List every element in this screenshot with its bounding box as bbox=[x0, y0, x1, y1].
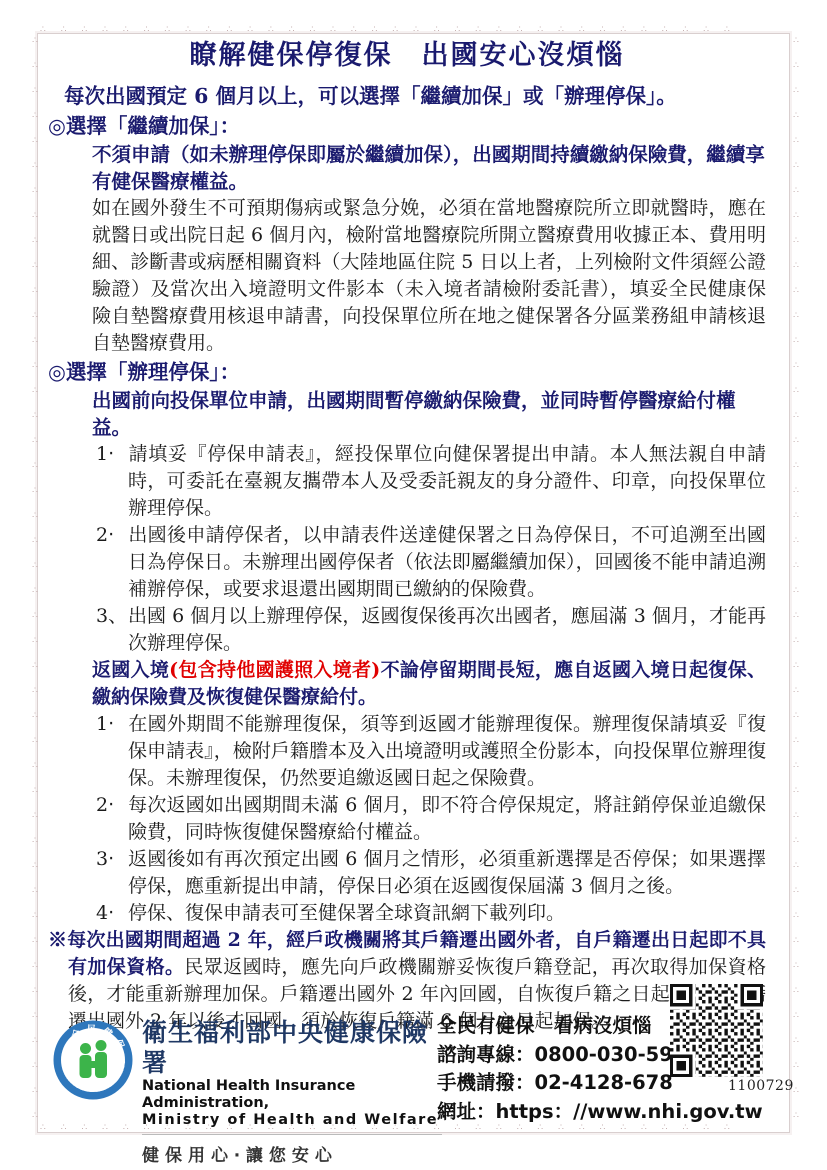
agency-name-en-1: National Health Insurance Administration… bbox=[142, 1078, 442, 1112]
mobile-number: 02-4128-678 bbox=[535, 1071, 673, 1094]
item-text: 在國外期間不能辦理復保，須等到返國才能辦理復保。辦理復保請填妥『復保申請表』，檢… bbox=[128, 713, 766, 789]
item-text: 返國後如有再次預定出國 6 個月之情形，必須重新選擇是否停保；如果選擇停保，應重… bbox=[128, 848, 766, 897]
section-continue-heading: ◎選擇「繼續加保」： bbox=[48, 111, 766, 141]
item-number: 3、 bbox=[96, 603, 128, 630]
agency-name-en-2: Ministry of Health and Welfare bbox=[142, 1112, 442, 1129]
list-item: 3‧返國後如有再次預定出國 6 個月之情形，必須重新選擇是否停保；如果選擇停保，… bbox=[96, 846, 766, 900]
list-item: 3、出國 6 個月以上辦理停保，返國復保後再次出國者，應屆滿 3 個月，才能再次… bbox=[96, 603, 766, 657]
section-continue-lead: 不須申請（如未辦理停保即屬於繼續加保），出國期間持續繳納保險費，繼續享有健保醫療… bbox=[92, 141, 766, 195]
list-item: 4‧停保、復保申請表可至健保署全球資訊網下載列印。 bbox=[96, 900, 766, 927]
intro-line: 每次出國預定 6 個月以上，可以選擇「繼續加保」或「辦理停保」。 bbox=[48, 82, 766, 111]
resume-items-list: 1‧在國外期間不能辦理復保，須等到返國才能辦理復保。辦理復保請填妥『復保申請表』… bbox=[96, 711, 766, 927]
page-title: 瞭解健保停復保 出國安心沒煩惱 bbox=[48, 40, 766, 72]
hotline-label: 諮詢專線： bbox=[437, 1043, 535, 1066]
return-entry-notice: 返國入境(包含持他國護照入境者)不論停留期間長短，應自返國入境日起復保、繳納保險… bbox=[92, 657, 766, 711]
website-url: https：//www.nhi.gov.tw bbox=[496, 1100, 763, 1123]
list-item: 2‧出國後申請停保者，以申請表件送達健保署之日為停保日，不可追溯至出國日為停保日… bbox=[96, 522, 766, 603]
section-suspend-lead: 出國前向投保單位申請，出國期間暫停繳納保險費，並同時暫停醫療給付權益。 bbox=[92, 387, 766, 441]
nhi-logo: 全民健保 NATIONAL HEALTH INSURANCE bbox=[53, 1020, 133, 1100]
item-number: 3‧ bbox=[96, 846, 128, 873]
section-continue-body: 如在國外發生不可預期傷病或緊急分娩，必須在當地醫療院所立即就醫時，應在就醫日或出… bbox=[92, 195, 766, 357]
item-text: 每次返國如出國期間未滿 6 個月，即不符合停保規定，將註銷停保並追繳保險費，同時… bbox=[128, 794, 766, 843]
list-item: 1‧請填妥『停保申請表』，經投保單位向健保署提出申請。本人無法親自申請時，可委託… bbox=[96, 441, 766, 522]
website-line: 網址：https：//www.nhi.gov.tw bbox=[437, 1098, 767, 1127]
document-number: 1100729 bbox=[728, 1078, 794, 1094]
qr-code bbox=[670, 984, 763, 1077]
item-text: 請填妥『停保申請表』，經投保單位向健保署提出申請。本人無法親自申請時，可委託在臺… bbox=[128, 443, 766, 519]
border-ornament-right: ∴∴∴∴∴∴∴∴∴∴∴∴∴∴∴∴∴∴∴∴∴∴∴∴∴∴∴∴∴∴∴∴∴∴∴∴∴∴∴∴… bbox=[788, 36, 800, 1132]
notice-prefix: 返國入境 bbox=[92, 659, 169, 681]
item-number: 1‧ bbox=[96, 711, 128, 738]
mobile-label: 手機請撥： bbox=[437, 1071, 535, 1094]
item-number: 1‧ bbox=[96, 441, 128, 468]
flyer-content: 瞭解健保停復保 出國安心沒煩惱 每次出國預定 6 個月以上，可以選擇「繼續加保」… bbox=[48, 40, 766, 1035]
border-ornament-left: ∴∴∴∴∴∴∴∴∴∴∴∴∴∴∴∴∴∴∴∴∴∴∴∴∴∴∴∴∴∴∴∴∴∴∴∴∴∴∴∴… bbox=[27, 36, 39, 1132]
website-label: 網址： bbox=[437, 1100, 496, 1123]
agency-name-zh: 衛生福利部中央健康保險署 bbox=[142, 1018, 442, 1078]
item-text: 出國 6 個月以上辦理停保，返國復保後再次出國者，應屆滿 3 個月，才能再次辦理… bbox=[128, 605, 766, 654]
list-item: 2‧每次返國如出國期間未滿 6 個月，即不符合停保規定，將註銷停保並追繳保險費，… bbox=[96, 792, 766, 846]
agency-block: 衛生福利部中央健康保險署 National Health Insurance A… bbox=[142, 1018, 442, 1166]
section-suspend-heading: ◎選擇「辦理停保」： bbox=[48, 357, 766, 387]
notice-red-text: (包含持他國護照入境者) bbox=[169, 659, 380, 681]
hotline-number: 0800-030-598 bbox=[535, 1043, 687, 1066]
item-number: 2‧ bbox=[96, 792, 128, 819]
flyer-page: { "title": "瞭解健保停復保 出國安心沒煩惱", "intro": "… bbox=[0, 0, 827, 1170]
suspend-items-list: 1‧請填妥『停保申請表』，經投保單位向健保署提出申請。本人無法親自申請時，可委託… bbox=[96, 441, 766, 657]
item-number: 2‧ bbox=[96, 522, 128, 549]
item-text: 停保、復保申請表可至健保署全球資訊網下載列印。 bbox=[128, 902, 565, 924]
footer: 全民健保 NATIONAL HEALTH INSURANCE 衛生福利部中央健康… bbox=[48, 1012, 766, 1122]
item-text: 出國後申請停保者，以申請表件送達健保署之日為停保日，不可追溯至出國日為停保日。未… bbox=[128, 524, 766, 600]
agency-motto: 健保用心‧讓您安心 bbox=[142, 1134, 442, 1166]
border-ornament-top: ∴∴∴∴∴∴∴∴∴∴∴∴∴∴∴∴∴∴∴∴∴∴∴∴∴∴∴∴∴∴∴∴∴∴ bbox=[40, 26, 793, 38]
list-item: 1‧在國外期間不能辦理復保，須等到返國才能辦理復保。辦理復保請填妥『復保申請表』… bbox=[96, 711, 766, 792]
item-number: 4‧ bbox=[96, 900, 128, 927]
